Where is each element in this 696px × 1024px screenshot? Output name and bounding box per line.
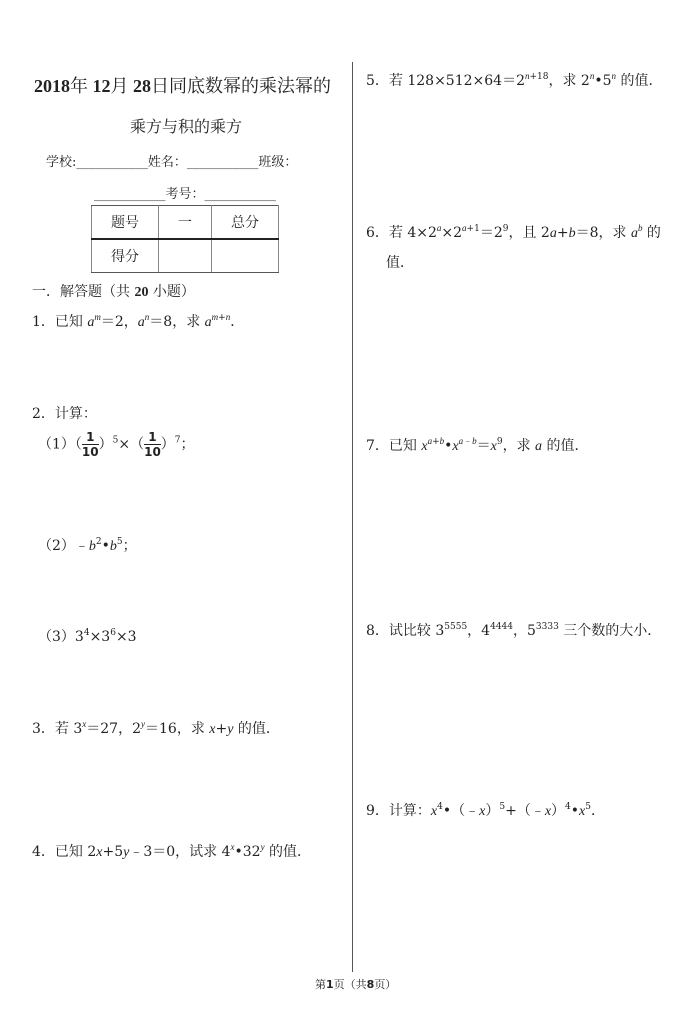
table-cell: 一 (159, 206, 212, 240)
total-score-cell[interactable] (212, 239, 279, 273)
question-4: 4．已知 2x+5y﹣3＝0，试求 4x•32y 的值． (32, 841, 311, 861)
score-table: 题号 一 总分 得分 (91, 205, 279, 273)
question-2: 2．计算： (32, 403, 97, 423)
question-3: 3．若 3x＝27，2y＝16，求 x+y 的值． (32, 718, 280, 738)
table-cell: 总分 (212, 206, 279, 240)
question-8: 8．试比较 35555，44444，53333 三个数的大小． (366, 620, 661, 640)
column-divider (352, 62, 353, 972)
question-2-part-3: （3）34×36×3 (38, 626, 137, 646)
student-info-line1: 学校:___________姓名：___________班级： (46, 151, 297, 170)
question-1: 1．已知 am＝2，an＝8，求 am+n． (32, 311, 244, 331)
page-title-line2: 乘方与积的乘方 (130, 114, 242, 137)
question-2-part-1: （1）（110）5×（110）7； (38, 430, 195, 459)
page-title-line1: 2018年 12月 28日同底数幂的乘法幂的 (34, 72, 331, 98)
section-heading: 一．解答题（共 20 小题） (32, 281, 195, 301)
question-9: 9．计算：x4•（﹣x）5+（﹣x）4•x5． (366, 800, 605, 820)
question-5: 5．若 128×512×64＝2n+18，求 2n•5n 的值． (366, 70, 662, 90)
question-7: 7．已知 xa+b•xa﹣b＝x9，求 a 的值． (366, 435, 588, 455)
table-cell: 得分 (92, 239, 159, 273)
page-footer: 第1页（共8页） (315, 976, 396, 992)
student-info-line2: ___________考号：___________ (94, 183, 276, 202)
score-input-cell[interactable] (159, 239, 212, 273)
current-page-number: 1 (326, 978, 334, 991)
question-6-continued: 值． (386, 252, 414, 272)
question-2-part-2: （2）﹣b2•b5； (38, 535, 137, 555)
table-cell: 题号 (92, 206, 159, 240)
question-6: 6．若 4×2a×2a+1＝29，且 2a+b＝8，求 ab 的 (366, 222, 661, 242)
